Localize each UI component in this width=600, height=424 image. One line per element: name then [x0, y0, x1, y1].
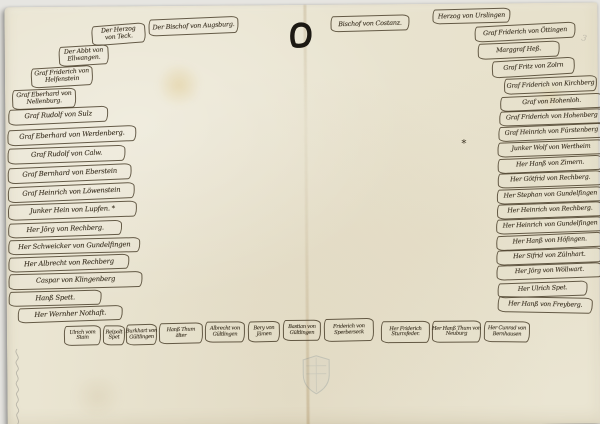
seat-box-her-hanß-von-freyberg: Her Hanß von Freyberg.	[498, 296, 593, 314]
seat-box-graf-friderich-von-helfenstein: Graf Friderich vonHelfenstein	[30, 65, 93, 89]
seat-box-her-jörg-von-rechberg: Her Jörg von Rechberg.	[8, 220, 122, 239]
seat-box-hanß-thum-älter: Hanß Thumälter	[159, 322, 204, 344]
seat-box-friderich-von-sperberseck: Friderich vonSperberseck	[324, 318, 375, 342]
seat-box-label: Spet	[109, 335, 120, 341]
seat-box-label: Caspar von Klingenberg	[36, 276, 115, 285]
seat-box-label: Hanß Spett.	[35, 294, 75, 302]
seat-box-marggraf-heß: Marggraf Heß.	[477, 40, 560, 59]
seat-box-her-wernher-nothaft: Her Wernher Nothaft.	[18, 305, 123, 324]
seat-box-bery-von-jämen: Bery vonJämen	[248, 321, 281, 343]
seat-box-ulrich-vom-stain: Ulrich vomStain	[64, 325, 101, 346]
seat-box-caspar-von-klingenberg: Caspar von Klingenberg	[8, 271, 142, 290]
seat-box-label: Junker Hein von Lupfen. *	[30, 206, 115, 216]
asterisk-mark: *	[461, 139, 466, 150]
seat-box-label: Gültlingen	[290, 330, 315, 336]
seat-box-her-cunrad-von-bernhausen: Her Cunrad vonBernhausen	[484, 321, 530, 342]
seat-box-label: Helfenstein	[45, 76, 79, 85]
seat-box-label: Marggraf Heß.	[496, 46, 541, 55]
seat-box-label: Her Hanß von Höfingen.	[512, 236, 586, 246]
seat-box-label: Bernhausen	[493, 332, 522, 338]
seat-box-label: Graf Eberhard von Werdenberg.	[19, 130, 125, 142]
seat-box-label: Her Hanß von Freyberg.	[508, 301, 582, 309]
seat-box-label: Her Hanß von Zimern.	[516, 160, 585, 170]
seat-box-label: Her Heinrich von Gundelfingen	[503, 220, 598, 230]
seat-box-her-friderich-sturmfeder: Her FriderichSturmfeder.	[381, 321, 430, 343]
seat-box-graf-bernhard-von-eberstein: Graf Bernhard von Eberstein	[7, 163, 132, 184]
seat-box-label: Graf Heinrich von Löwenstein	[22, 187, 120, 198]
seat-box-label: Her Albrecht von Rechberg	[24, 258, 114, 268]
paper: * 3 Der Herzogvon Teck.Der Abbt vonEllwa…	[4, 3, 600, 424]
seat-box-label: Graf Friderich von Öttingen	[483, 27, 567, 38]
seat-box-label: Graf Rudolf von Calw.	[31, 150, 102, 160]
seat-box-label: Der Bischof von Augsburg.	[152, 21, 234, 31]
seat-box-graf-friderich-von-öttingen: Graf Friderich von Öttingen	[474, 22, 576, 43]
seat-box-label: Her Wernher Nothaft.	[34, 309, 106, 319]
seat-box-label: Graf Heinrich von Fürstenberg	[505, 127, 599, 138]
seat-box-label: Junker Wolf von Wertheim	[511, 144, 590, 153]
seat-box-label: Graf Rudolf von Sulz	[24, 111, 92, 121]
seat-box-label: Her Ulrich Spet.	[518, 285, 568, 293]
seat-box-junker-hein-von-lupfen: Junker Hein von Lupfen. *	[8, 200, 137, 220]
paper-stain	[67, 376, 127, 416]
seat-box-der-herzog-von-teck: Der Herzogvon Teck.	[91, 22, 146, 46]
seat-box-label: Her Schweicker von Gundelfingen	[18, 241, 131, 251]
seat-box-label: Bischof von Costanz.	[338, 19, 402, 27]
seat-box-label: Stain	[76, 335, 88, 341]
seat-box-graf-eberhard-von-werdenberg: Graf Eberhard von Werdenberg.	[7, 125, 137, 146]
seat-box-label: Her Stephan von Gundelfingen	[503, 190, 597, 200]
seat-box-label: Her Heinrich von Rechberg.	[507, 206, 592, 216]
seat-box-burkhart-von-gültlingen: Burkhart vonGültlingen	[126, 324, 158, 346]
seat-box-label: Her Jörg von Wöllwart.	[515, 267, 584, 276]
seat-box-label: Graf Friderich von Kirchberg	[506, 80, 594, 90]
seat-box-label: von Teck.	[105, 33, 133, 42]
seat-box-bastian-von-gültlingen: Bastian vonGültlingen	[283, 320, 321, 341]
seat-box-label: Her Götfrid von Rechberg.	[510, 175, 590, 184]
seat-box-label: Sperberseck	[334, 330, 364, 336]
seat-box-her-jörg-von-wöllwart: Her Jörg von Wöllwart.	[496, 262, 600, 281]
ink-blot	[289, 22, 311, 48]
seat-box-label: Her Sifrid von Zülnhart.	[513, 252, 586, 261]
seat-box-label: Ellwangen.	[67, 55, 100, 64]
seat-box-label: Graf Bernhard von Eberstein	[22, 168, 117, 179]
seat-box-her-albrecht-von-rechberg: Her Albrecht von Rechberg	[8, 254, 129, 273]
seat-box-herzog-von-urslingen: Herzog von Urslingen	[432, 8, 510, 25]
paper-stain	[155, 64, 203, 106]
seat-box-graf-rudolf-von-sulz: Graf Rudolf von Sulz	[8, 106, 109, 126]
seat-box-label: Graf Fritz von Zolrn	[503, 62, 563, 72]
seat-box-label: Graf Friderich von Hohenberg	[506, 113, 598, 123]
seat-box-graf-rudolf-von-calw: Graf Rudolf von Calw.	[7, 145, 125, 165]
seat-box-label: Neuburg	[446, 332, 467, 338]
seat-box-label: Gültlingen	[213, 332, 238, 338]
seat-box-bischof-von-costanz: Bischof von Costanz.	[330, 14, 409, 32]
seat-box-her-schweicker-von-gundelfingen: Her Schweicker von Gundelfingen	[8, 237, 140, 255]
manuscript-scan: * 3 Der Herzogvon Teck.Der Abbt vonEllwa…	[0, 0, 600, 424]
seat-box-label: Herzog von Urslingen	[438, 12, 505, 20]
seat-box-hanß-spett: Hanß Spett.	[8, 290, 101, 307]
pencil-marginalia	[8, 347, 27, 424]
watermark-shield	[300, 354, 332, 396]
seat-box-der-bischof-von-augsburg: Der Bischof von Augsburg.	[148, 16, 239, 37]
seat-box-label: Gültlingen	[129, 334, 154, 340]
seat-box-graf-fritz-von-zolrn: Graf Fritz von Zolrn	[491, 57, 575, 79]
seat-box-reipolt-spet: ReipoltSpet	[103, 325, 125, 345]
seat-box-albrecht-von-gültlingen: Albrecht vonGültlingen	[205, 321, 245, 342]
seat-box-der-abbt-von-ellwangen: Der Abbt vonEllwangen.	[58, 44, 109, 67]
seat-box-label: Graf von Hohenloh.	[522, 98, 581, 107]
seat-box-label: Nellenburg.	[26, 98, 62, 106]
seat-box-label: älter	[175, 333, 186, 339]
margin-numeral: 3	[581, 33, 588, 43]
seat-box-graf-friderich-von-kirchberg: Graf Friderich von Kirchberg	[504, 75, 598, 95]
seat-box-her-hanß-thum-von-neuburg: Her Hanß Thum vonNeuburg	[432, 320, 481, 342]
seat-box-label: Jämen	[256, 331, 271, 337]
seat-box-label: Her Jörg von Rechberg.	[26, 224, 104, 234]
seat-box-label: Sturmfeder.	[391, 332, 419, 338]
